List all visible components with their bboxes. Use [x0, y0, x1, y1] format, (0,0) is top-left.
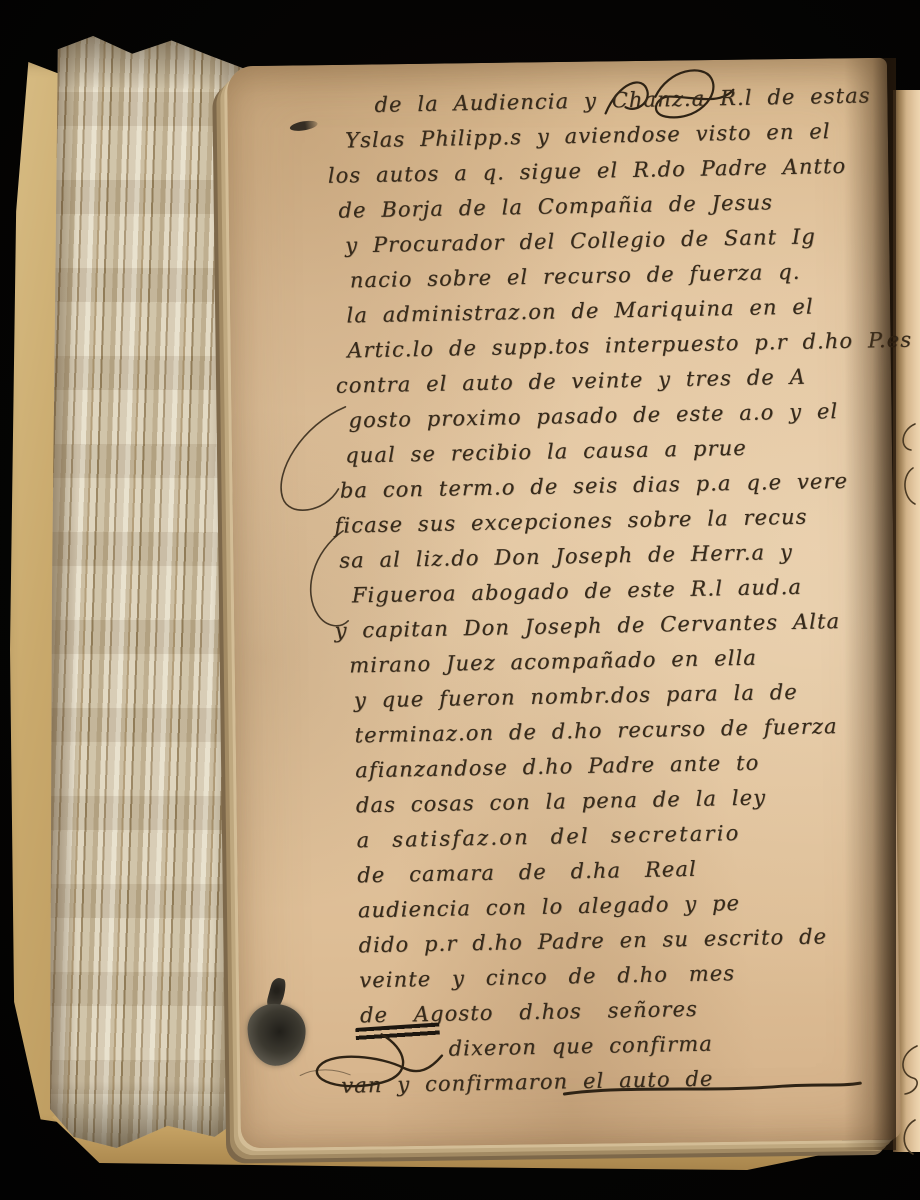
facing-page-ink-marks-icon: [895, 420, 919, 510]
manuscript-page: de la Audiencia y Chanz.a R.l de estas Y…: [227, 58, 901, 1149]
ink-smudge: [289, 119, 318, 133]
manuscript-photo: de la Audiencia y Chanz.a R.l de estas Y…: [0, 0, 920, 1200]
bottom-loop-flourish-icon: [296, 1030, 447, 1114]
underline-flourish-icon: [562, 1078, 862, 1100]
fore-edge-page-stack: [50, 36, 246, 1148]
handwritten-text-block: de la Audiencia y Chanz.a R.l de estas Y…: [342, 78, 901, 1103]
